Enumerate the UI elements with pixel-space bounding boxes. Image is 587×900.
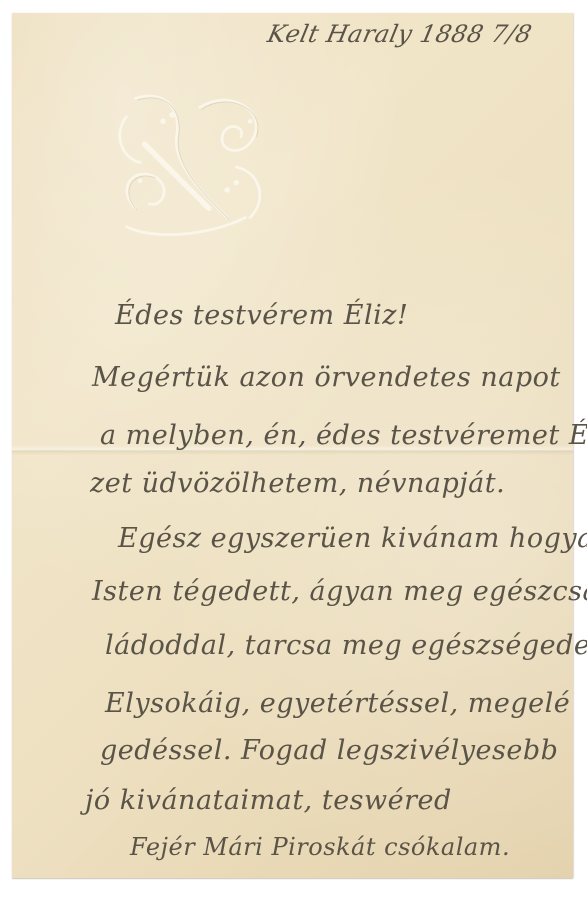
body-line: ládoddal, tarcsa meg egészségedett. [105,630,587,661]
signature: Fejér Mári Piroskát csókalam. [130,833,510,861]
salutation: Édes testvérem Éliz! [115,300,408,331]
embossed-monogram-icon [98,80,283,245]
body-line: Egész egyszerüen kivánam hogyaz [118,523,587,554]
dateline: Kelt Haraly 1888 7/8 [265,20,535,48]
body-line: Isten tégedett, ágyan meg egészcsa [92,576,587,607]
body-line: zet üdvözölhetem, névnapját. [90,468,505,499]
body-line: a melyben, én, édes testvéremet Éliz [100,420,587,451]
body-line: Megértük azon örvendetes napot [92,362,561,393]
body-line: jó kivánataimat, teswéred [85,785,452,816]
body-line: gedéssel. Fogad legszivélyesebb [100,735,558,766]
body-line: Elysokáig, egyetértéssel, megelé [105,688,570,719]
